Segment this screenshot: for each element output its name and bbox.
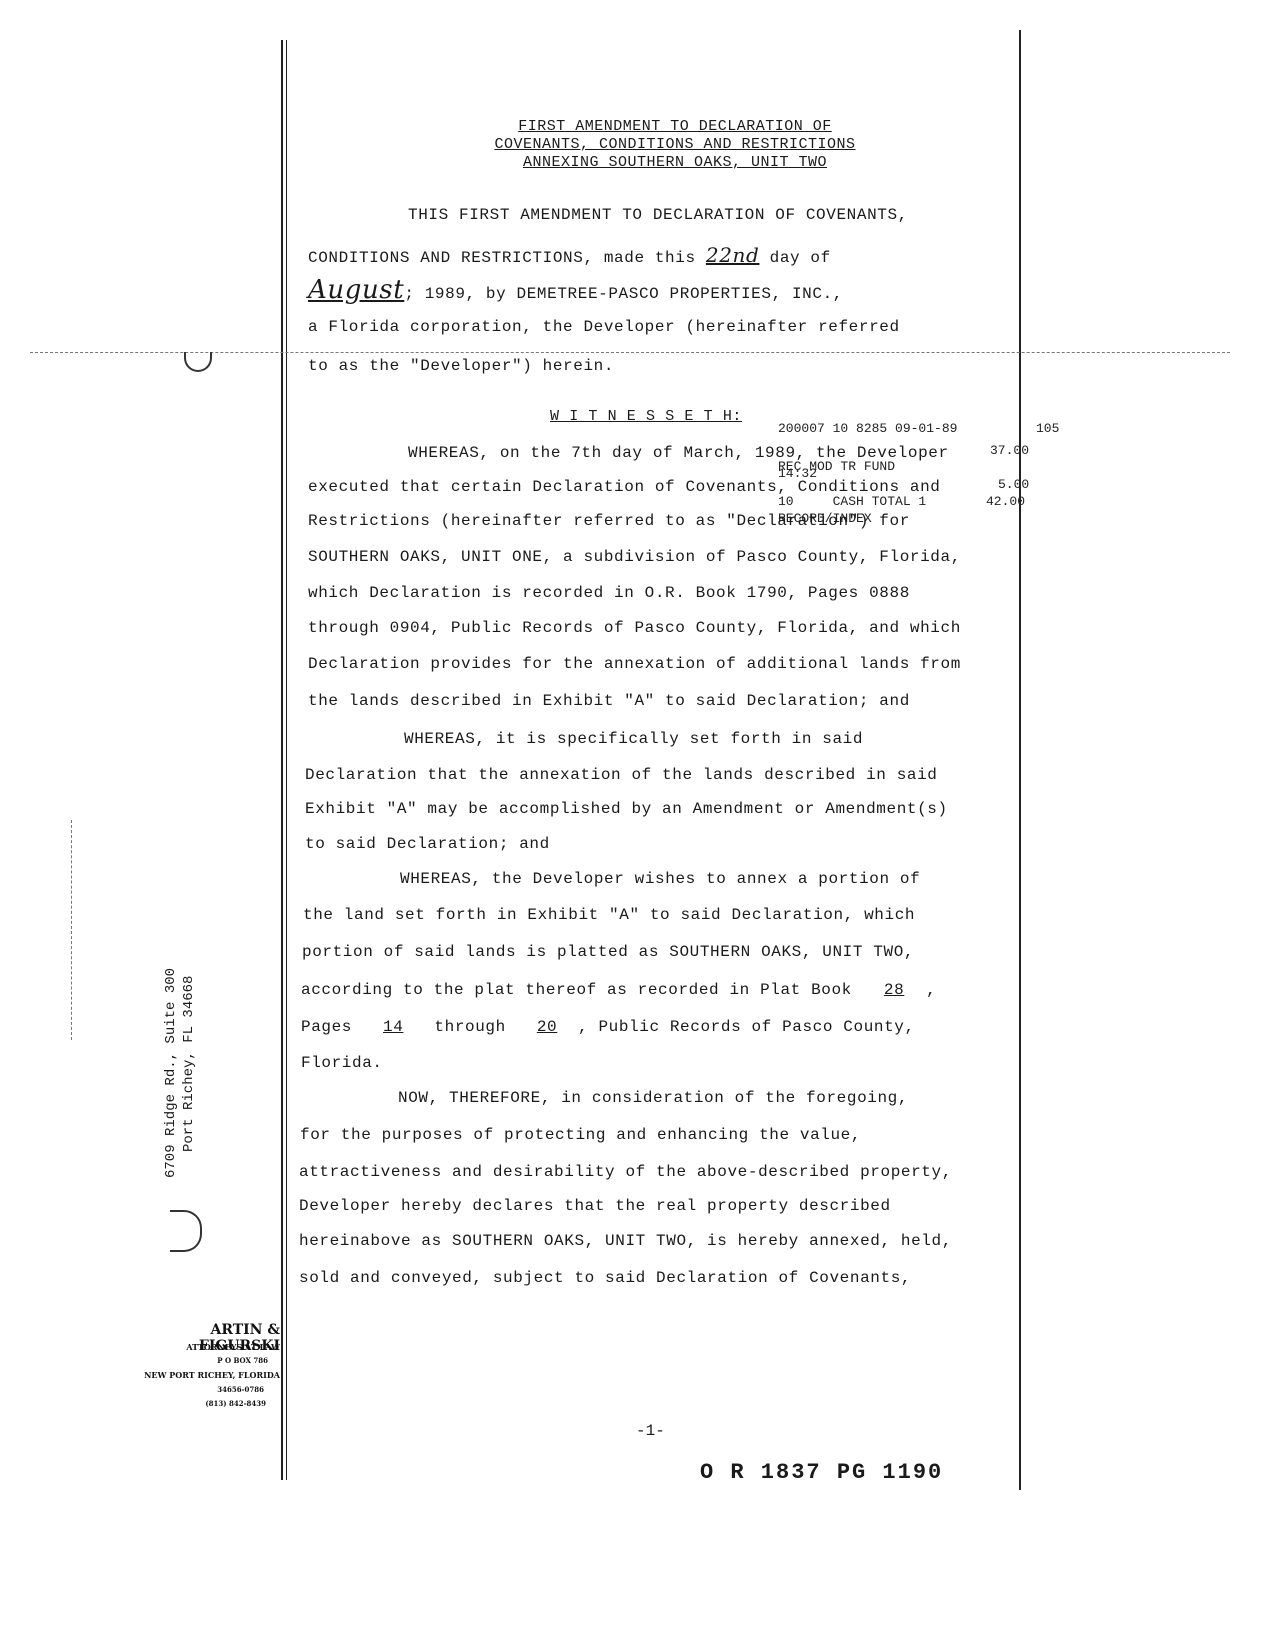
law-firm-zip: 34656-0786 bbox=[124, 1385, 264, 1394]
stamp-amount-1: 37.00 bbox=[990, 443, 1029, 458]
intro-text: day of bbox=[770, 249, 831, 267]
plat-text: through bbox=[434, 1018, 505, 1036]
book-page-stamp: O R 1837 PG 1190 bbox=[700, 1460, 943, 1485]
body-line: executed that certain Declaration of Cov… bbox=[308, 478, 941, 496]
stamp-total-amount: 42.00 bbox=[986, 494, 1025, 509]
left-margin-rule bbox=[281, 40, 283, 1480]
plat-line-2: Pages 14 through 20, Public Records of P… bbox=[301, 1018, 915, 1036]
law-firm-phone: (813) 842-8439 bbox=[126, 1399, 266, 1408]
margin-dash-rule bbox=[71, 820, 72, 1040]
body-line: WHEREAS, it is specifically set forth in… bbox=[404, 730, 863, 748]
body-line: to said Declaration; and bbox=[305, 835, 550, 853]
closing-line: Developer hereby declares that the real … bbox=[299, 1197, 891, 1215]
stamp-amount-2: 5.00 bbox=[998, 477, 1029, 492]
intro-line-5: to as the "Developer") herein. bbox=[308, 357, 614, 375]
stamp-line: 10 CASH TOTAL 1 bbox=[778, 494, 926, 509]
left-margin-rule-inner bbox=[286, 40, 287, 1480]
law-firm-box: P O BOX 786 bbox=[128, 1356, 268, 1365]
body-line: Restrictions (hereinafter referred to as… bbox=[308, 512, 910, 530]
intro-text: ; 1989, by DEMETREE-PASCO PROPERTIES, IN… bbox=[404, 285, 843, 303]
body-line: WHEREAS, on the 7th day of March, 1989, … bbox=[408, 444, 949, 462]
closing-line: for the purposes of protecting and enhan… bbox=[300, 1126, 861, 1144]
plat-line-1: according to the plat thereof as recorde… bbox=[301, 981, 936, 999]
hole-punch-mark bbox=[184, 352, 212, 372]
title-line-1: FIRST AMENDMENT TO DECLARATION OF bbox=[440, 118, 910, 136]
body-line: Exhibit "A" may be accomplished by an Am… bbox=[305, 800, 948, 818]
body-line: the land set forth in Exhibit "A" to sai… bbox=[303, 906, 915, 924]
witnesseth-heading: W I T N E S S E T H: bbox=[550, 408, 742, 425]
body-line: SOUTHERN OAKS, UNIT ONE, a subdivision o… bbox=[308, 548, 961, 566]
page-number: -1- bbox=[636, 1422, 665, 1440]
plat-book-number: 28 bbox=[862, 981, 926, 999]
plat-page-to: 20 bbox=[516, 1018, 578, 1036]
closing-line: attractiveness and desirability of the a… bbox=[299, 1163, 952, 1181]
plat-text: , Public Records of Pasco County, bbox=[578, 1018, 915, 1036]
handwritten-month: August bbox=[308, 275, 404, 305]
title-line-2: COVENANTS, CONDITIONS AND RESTRICTIONS bbox=[440, 136, 910, 154]
body-line: the lands described in Exhibit "A" to sa… bbox=[308, 692, 910, 710]
body-line: WHEREAS, the Developer wishes to annex a… bbox=[400, 870, 920, 888]
intro-line-1: THIS FIRST AMENDMENT TO DECLARATION OF C… bbox=[408, 206, 908, 224]
stamp-suffix: 105 bbox=[1036, 421, 1059, 436]
body-line: through 0904, Public Records of Pasco Co… bbox=[308, 619, 961, 637]
body-line: Declaration that the annexation of the l… bbox=[305, 766, 938, 784]
stamp-line: 200007 10 8285 09-01-89 bbox=[778, 421, 957, 436]
intro-line-4: a Florida corporation, the Developer (he… bbox=[308, 318, 900, 336]
intro-line-2: CONDITIONS AND RESTRICTIONS, made this 2… bbox=[308, 243, 831, 267]
intro-line-3: August; 1989, by DEMETREE-PASCO PROPERTI… bbox=[308, 275, 843, 305]
plat-line-3: Florida. bbox=[301, 1054, 383, 1072]
margin-address-line-2: Port Richey, FL 34668 bbox=[181, 976, 197, 1152]
stamp-total: 10 CASH TOTAL 142.00 bbox=[778, 494, 926, 509]
right-margin-rule bbox=[1019, 30, 1021, 1490]
plat-text: according to the plat thereof as recorde… bbox=[301, 981, 852, 999]
handwritten-day: 22nd bbox=[706, 243, 760, 267]
law-firm-city: NEW PORT RICHEY, FLORIDA bbox=[140, 1370, 280, 1380]
document-title: FIRST AMENDMENT TO DECLARATION OF COVENA… bbox=[440, 118, 910, 172]
law-firm-subtitle: ATTORNEYS AT LAW bbox=[140, 1342, 280, 1352]
closing-line: hereinabove as SOUTHERN OAKS, UNIT TWO, … bbox=[299, 1232, 952, 1250]
body-line: which Declaration is recorded in O.R. Bo… bbox=[308, 584, 910, 602]
closing-line: sold and conveyed, subject to said Decla… bbox=[299, 1269, 911, 1287]
plat-text: Pages bbox=[301, 1018, 352, 1036]
plat-page-from: 14 bbox=[362, 1018, 424, 1036]
body-line: portion of said lands is platted as SOUT… bbox=[302, 943, 914, 961]
margin-address-line-1: 6709 Ridge Rd., Suite 300 bbox=[163, 968, 179, 1178]
hole-punch-mark bbox=[170, 1210, 202, 1252]
closing-line: NOW, THEREFORE, in consideration of the … bbox=[398, 1089, 908, 1107]
intro-text: CONDITIONS AND RESTRICTIONS, made this bbox=[308, 249, 696, 267]
body-line: Declaration provides for the annexation … bbox=[308, 655, 961, 673]
title-line-3: ANNEXING SOUTHERN OAKS, UNIT TWO bbox=[440, 154, 910, 172]
